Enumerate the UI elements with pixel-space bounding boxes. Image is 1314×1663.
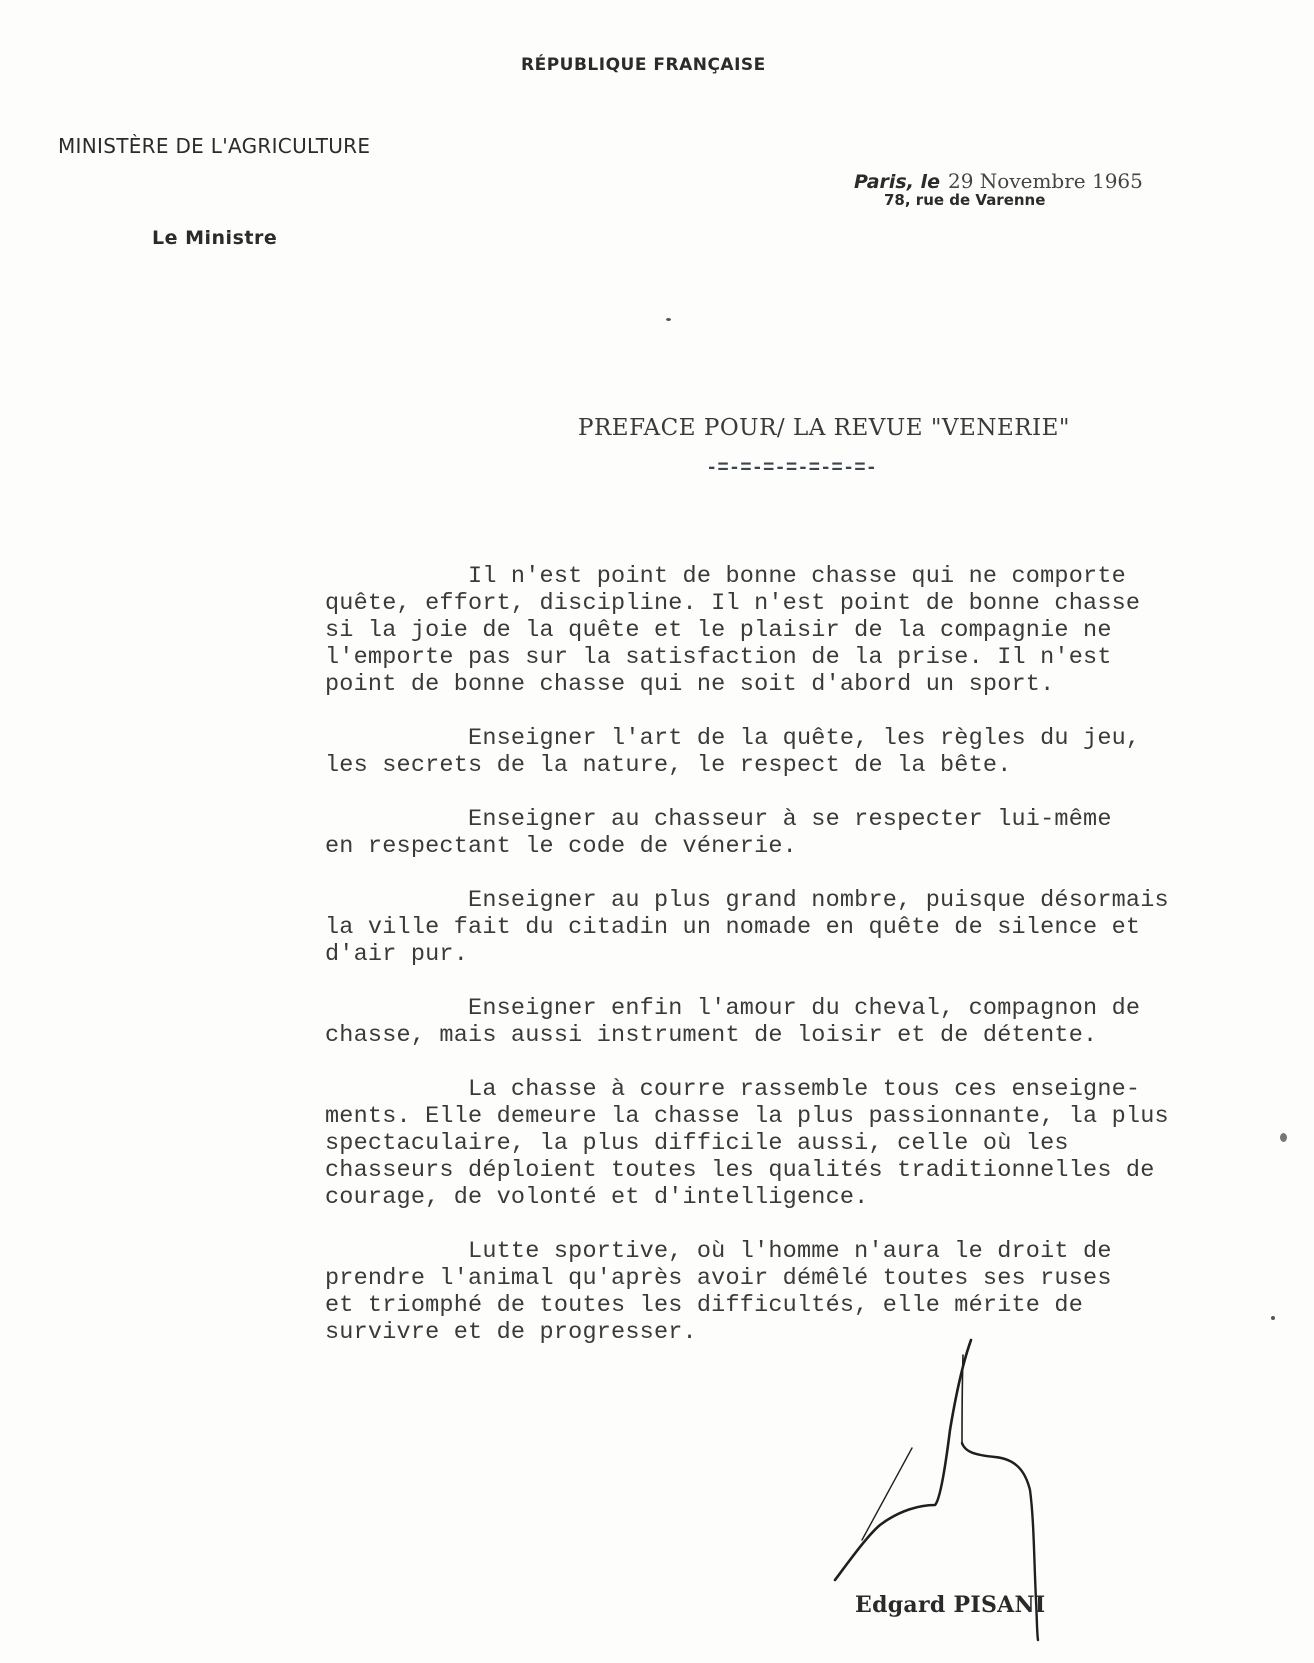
scan-speck bbox=[1280, 1133, 1287, 1142]
text-line: d'air pur. bbox=[325, 941, 1285, 968]
paragraph: Il n'est point de bonne chasse qui ne co… bbox=[325, 563, 1285, 698]
scan-speck bbox=[666, 318, 671, 321]
text-line: La chasse à courre rassemble tous ces en… bbox=[325, 1076, 1285, 1103]
paragraph: Enseigner enfin l'amour du cheval, compa… bbox=[325, 995, 1285, 1049]
paragraph: Lutte sportive, où l'homme n'aura le dro… bbox=[325, 1238, 1285, 1346]
text-line: Enseigner enfin l'amour du cheval, compa… bbox=[325, 995, 1285, 1022]
text-line: survivre et de progresser. bbox=[325, 1319, 1285, 1346]
date-place: Paris, le bbox=[854, 171, 940, 193]
text-line: ments. Elle demeure la chasse la plus pa… bbox=[325, 1103, 1285, 1130]
text-line: spectaculaire, la plus difficile aussi, … bbox=[325, 1130, 1285, 1157]
text-line: les secrets de la nature, le respect de … bbox=[325, 752, 1285, 779]
letter-body: Il n'est point de bonne chasse qui ne co… bbox=[325, 563, 1285, 1373]
date-line: Paris, le29 Novembre 1965 bbox=[844, 146, 1143, 194]
text-line: Enseigner au plus grand nombre, puisque … bbox=[325, 887, 1285, 914]
text-line: si la joie de la quête et le plaisir de … bbox=[325, 617, 1285, 644]
office-title: Le Ministre bbox=[152, 227, 277, 249]
scan-speck bbox=[1271, 1316, 1275, 1320]
text-line: prendre l'animal qu'après avoir démêlé t… bbox=[325, 1265, 1285, 1292]
paragraph: Enseigner l'art de la quête, les règles … bbox=[325, 725, 1285, 779]
paragraph: La chasse à courre rassemble tous ces en… bbox=[325, 1076, 1285, 1211]
text-line: l'emporte pas sur la satisfaction de la … bbox=[325, 644, 1285, 671]
text-line: Enseigner l'art de la quête, les règles … bbox=[325, 725, 1285, 752]
republic-heading: RÉPUBLIQUE FRANÇAISE bbox=[521, 55, 766, 75]
text-line: courage, de volonté et d'intelligence. bbox=[325, 1184, 1285, 1211]
text-line: Il n'est point de bonne chasse qui ne co… bbox=[325, 563, 1285, 590]
signatory-name: Edgard PISANI bbox=[855, 1592, 1046, 1618]
paragraph: Enseigner au chasseur à se respecter lui… bbox=[325, 806, 1285, 860]
text-line: Lutte sportive, où l'homme n'aura le dro… bbox=[325, 1238, 1285, 1265]
text-line: quête, effort, discipline. Il n'est poin… bbox=[325, 590, 1285, 617]
text-line: chasseurs déploient toutes les qualités … bbox=[325, 1157, 1285, 1184]
text-line: en respectant le code de vénerie. bbox=[325, 833, 1285, 860]
document-title: PREFACE POUR/ LA REVUE "VENERIE" bbox=[578, 415, 1070, 441]
text-line: chasse, mais aussi instrument de loisir … bbox=[325, 1022, 1285, 1049]
text-line: point de bonne chasse qui ne soit d'abor… bbox=[325, 671, 1285, 698]
ministry-name: MINISTÈRE DE L'AGRICULTURE bbox=[58, 134, 370, 158]
title-underline-rule: -=-=-=-=-=-=-=- bbox=[706, 457, 877, 479]
letter-date: 29 Novembre 1965 bbox=[948, 169, 1143, 193]
text-line: Enseigner au chasseur à se respecter lui… bbox=[325, 806, 1285, 833]
text-line: et triomphé de toutes les difficultés, e… bbox=[325, 1292, 1285, 1319]
text-line: la ville fait du citadin un nomade en qu… bbox=[325, 914, 1285, 941]
paragraph: Enseigner au plus grand nombre, puisque … bbox=[325, 887, 1285, 968]
ministry-address: 78, rue de Varenne bbox=[884, 191, 1045, 209]
